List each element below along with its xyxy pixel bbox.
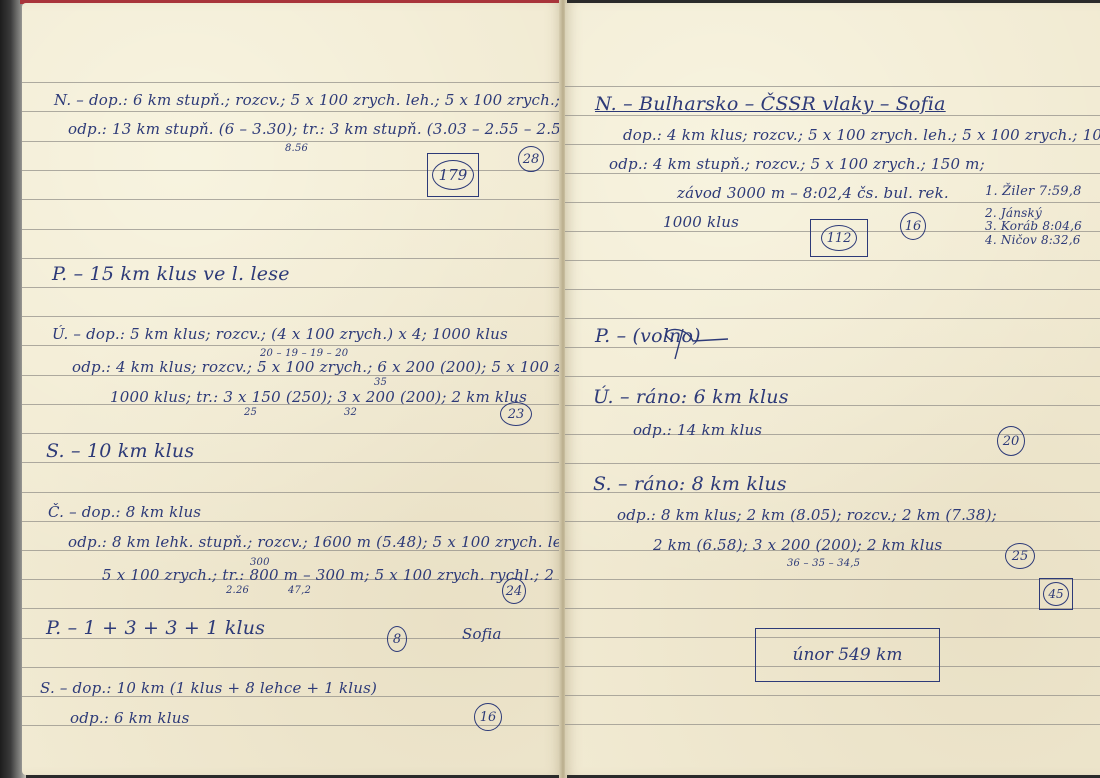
ruled-line	[22, 608, 562, 609]
daily-km-circle: 23	[500, 402, 532, 426]
entry-line: 2 km (6.58); 3 x 200 (200); 2 km klus	[653, 536, 942, 554]
ruled-line	[22, 433, 562, 434]
ruled-line	[22, 258, 562, 259]
daily-km-circle: 24	[502, 578, 526, 604]
rest-day-scribble-icon	[653, 321, 733, 361]
entry-line: Č. – dop.: 8 km klus	[48, 503, 201, 521]
entry-title: N. – Bulharsko – ČSSR vlaky – Sofia	[595, 93, 946, 115]
ruled-line	[565, 144, 1100, 145]
entry-line: S. – ráno: 8 km klus	[593, 473, 787, 495]
ruled-line	[22, 492, 562, 493]
entry-line: odp.: 4 km klus; rozcv.; 5 x 100 zrych.;…	[72, 358, 562, 376]
ruled-line	[22, 111, 562, 112]
ruled-line	[565, 173, 1100, 174]
result-row: 4. Ničov 8:32,6	[985, 233, 1081, 247]
ruled-line	[22, 521, 562, 522]
ruled-line	[565, 318, 1100, 319]
ruled-line	[22, 667, 562, 668]
ruled-line	[565, 347, 1100, 348]
monthly-summary-box: únor 549 km	[755, 628, 940, 682]
entry-line: odp.: 4 km stupň.; rozcv.; 5 x 100 zrych…	[609, 155, 985, 173]
ruled-line	[565, 86, 1100, 87]
daily-km-circle: 8	[387, 626, 407, 652]
ruled-line	[22, 345, 562, 346]
daily-km-circle: 25	[1005, 543, 1035, 569]
ruled-line	[565, 202, 1100, 203]
entry-line: 5 x 100 zrych.; tr.: 800 m – 300 m; 5 x …	[102, 566, 562, 584]
weekly-total-box: 112	[810, 219, 868, 257]
ruled-line	[22, 316, 562, 317]
monthly-summary: únor 549 km	[793, 645, 903, 665]
weekly-total: 112	[821, 225, 857, 251]
ruled-line	[565, 463, 1100, 464]
ruled-line	[565, 289, 1100, 290]
race-result-line: závod 3000 m – 8:02,4 čs. bul. rek.	[677, 184, 949, 202]
entry-line: odp.: 13 km stupň. (6 – 3.30); tr.: 3 km…	[68, 120, 562, 138]
result-row: 2. Jánský	[985, 206, 1042, 220]
weekly-total-box: 45	[1039, 578, 1073, 610]
ruled-line	[22, 170, 562, 171]
ruled-line	[22, 229, 562, 230]
daily-km-circle: 20	[997, 426, 1025, 456]
entry-line: odp.: 8 km lehk. stupň.; rozcv.; 1600 m …	[68, 533, 562, 551]
ruled-line	[22, 462, 562, 463]
ruled-line	[565, 724, 1100, 725]
right-page: N. – Bulharsko – ČSSR vlaky – Sofia dop.…	[565, 3, 1100, 775]
ruled-line	[22, 141, 562, 142]
ruled-line	[565, 376, 1100, 377]
ruled-line	[565, 608, 1100, 609]
ruled-line	[565, 579, 1100, 580]
entry-line: Ú. – dop.: 5 km klus; rozcv.; (4 x 100 z…	[52, 325, 508, 343]
daily-km-circle: 28	[518, 146, 544, 172]
place-note: Sofia	[462, 625, 502, 643]
entry-line: P. – 15 km klus ve l. lese	[52, 263, 290, 285]
entry-line: dop.: 4 km klus; rozcv.; 5 x 100 zrych. …	[623, 126, 1100, 144]
split-note: 36 – 35 – 34,5	[787, 558, 860, 569]
split-note: 47,2	[288, 585, 311, 596]
split-note: 300	[250, 557, 270, 568]
result-row: 1. Žiler 7:59,8	[985, 184, 1082, 199]
entry-line: 1000 klus; tr.: 3 x 150 (250); 3 x 200 (…	[110, 388, 527, 406]
ruled-line	[22, 82, 562, 83]
weekly-total: 45	[1043, 582, 1069, 606]
split-note: 25	[244, 407, 257, 418]
entry-line: odp.: 8 km klus; 2 km (8.05); rozcv.; 2 …	[617, 506, 997, 524]
ruled-line	[565, 260, 1100, 261]
left-page: N. – dop.: 6 km stupň.; rozcv.; 5 x 100 …	[22, 3, 562, 775]
entry-line: 1000 klus	[663, 213, 739, 231]
ruled-line	[565, 695, 1100, 696]
result-row: 3. Koráb 8:04,6	[985, 219, 1082, 233]
split-note: 8.56	[285, 143, 308, 154]
daily-km-circle: 16	[900, 212, 926, 240]
split-note: 32	[344, 407, 357, 418]
entry-line: S. – dop.: 10 km (1 klus + 8 lehce + 1 k…	[40, 679, 377, 697]
entry-line: N. – dop.: 6 km stupň.; rozcv.; 5 x 100 …	[54, 91, 562, 109]
ruled-line	[22, 199, 562, 200]
split-note: 2.26	[226, 585, 249, 596]
weekly-total: 179	[432, 160, 474, 190]
ruled-line	[22, 287, 562, 288]
entry-line: P. – 1 + 3 + 3 + 1 klus	[46, 617, 265, 639]
split-note: 35	[374, 377, 387, 388]
weekly-total-box: 179	[427, 153, 479, 197]
ruled-line	[565, 115, 1100, 116]
daily-km-circle: 16	[474, 703, 502, 731]
entry-line: Ú. – ráno: 6 km klus	[593, 386, 789, 408]
entry-line: odp.: 14 km klus	[633, 421, 762, 439]
entry-line: odp.: 6 km klus	[70, 709, 189, 727]
entry-line: S. – 10 km klus	[46, 440, 194, 462]
